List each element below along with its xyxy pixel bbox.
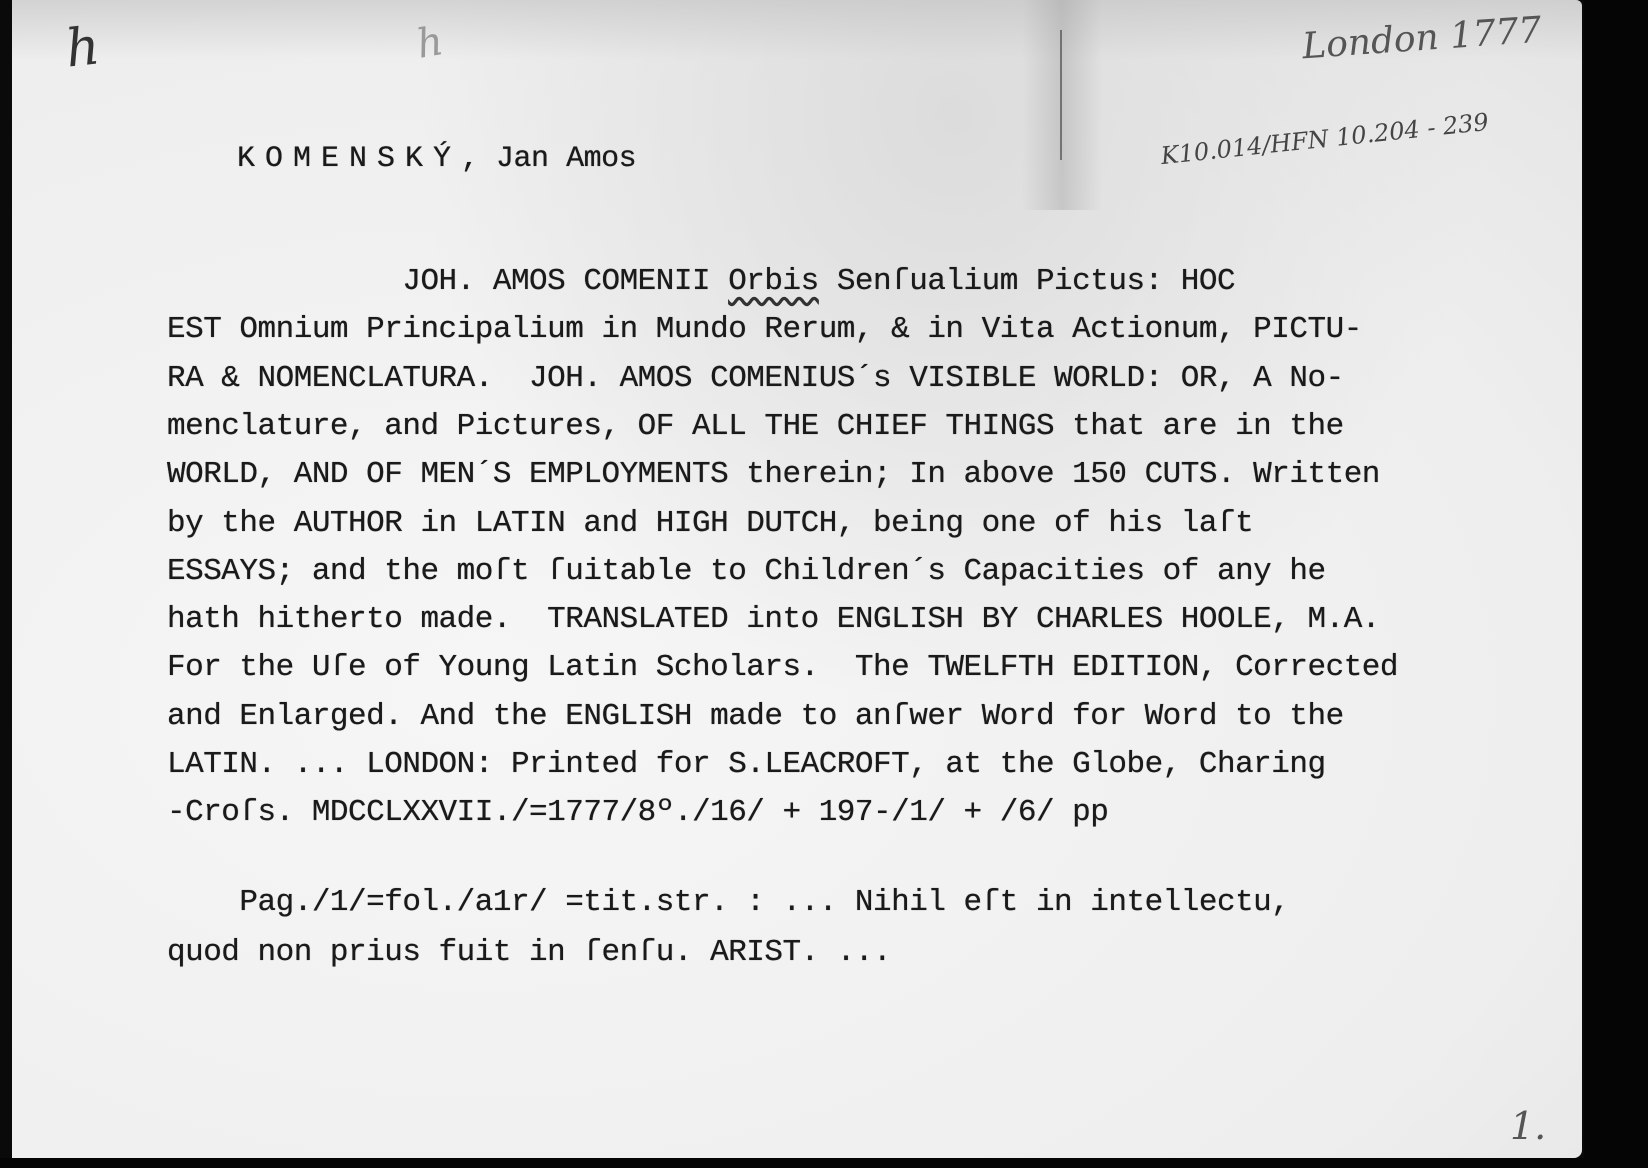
typed-line: LATIN. ... LONDON: Printed for S.LEACROF… [167, 747, 1326, 782]
handwritten-corner-mark: h [63, 16, 103, 79]
typed-line: quod non prius fuit in ſenſu. ARIST. ... [167, 935, 891, 970]
paper-smudge [1022, 0, 1102, 210]
typed-line: menclature, and Pictures, OF ALL THE CHI… [167, 409, 1344, 444]
handwritten-card-number: 1. [1510, 1104, 1546, 1148]
typed-line: WORLD, AND OF MEN´S EMPLOYMENTS therein;… [167, 457, 1380, 492]
typed-line: and Enlarged. And the ENGLISH made to an… [167, 699, 1344, 734]
typed-line: Pag./1/=fol./a1r/ =tit.str. : ... Nihil … [167, 885, 1289, 920]
underlined-title-word: Orbis [728, 264, 819, 299]
author-surname: KOMENSKÝ [237, 142, 461, 176]
typed-line: RA & NOMENCLATURA. JOH. AMOS COMENIUS´s … [167, 361, 1344, 396]
typed-line: EST Omnium Principalium in Mundo Rerum, … [167, 312, 1362, 347]
typed-line: by the AUTHOR in LATIN and HIGH DUTCH, b… [167, 506, 1253, 541]
handwritten-place-year: London 1777 [1301, 10, 1543, 68]
author-heading: KOMENSKÝ, Jan Amos [167, 108, 636, 210]
handwritten-shelf-reference: K10.014/HFN 10.204 - 239 [1159, 108, 1489, 170]
typed-line: ESSAYS; and the moſt ſuitable to Childre… [167, 554, 1326, 589]
typed-line: For the Uſe of Young Latin Scholars. The… [167, 650, 1398, 685]
handwritten-faint-mark: h [413, 18, 446, 68]
scan-border-bottom [0, 1158, 1648, 1168]
paper-crease [1060, 30, 1062, 160]
typed-line: hath hitherto made. TRANSLATED into ENGL… [167, 602, 1380, 637]
scan-border-right [1584, 0, 1648, 1168]
typed-line: -Croſs. MDCCLXXVII./=1777/8º./16/ + 197-… [167, 795, 1108, 830]
typed-line: JOH. AMOS COMENII Orbis Senſualium Pictu… [167, 264, 1235, 299]
catalog-card: h h London 1777 K10.014/HFN 10.204 - 239… [12, 0, 1582, 1158]
author-given-names: , Jan Amos [461, 142, 636, 176]
